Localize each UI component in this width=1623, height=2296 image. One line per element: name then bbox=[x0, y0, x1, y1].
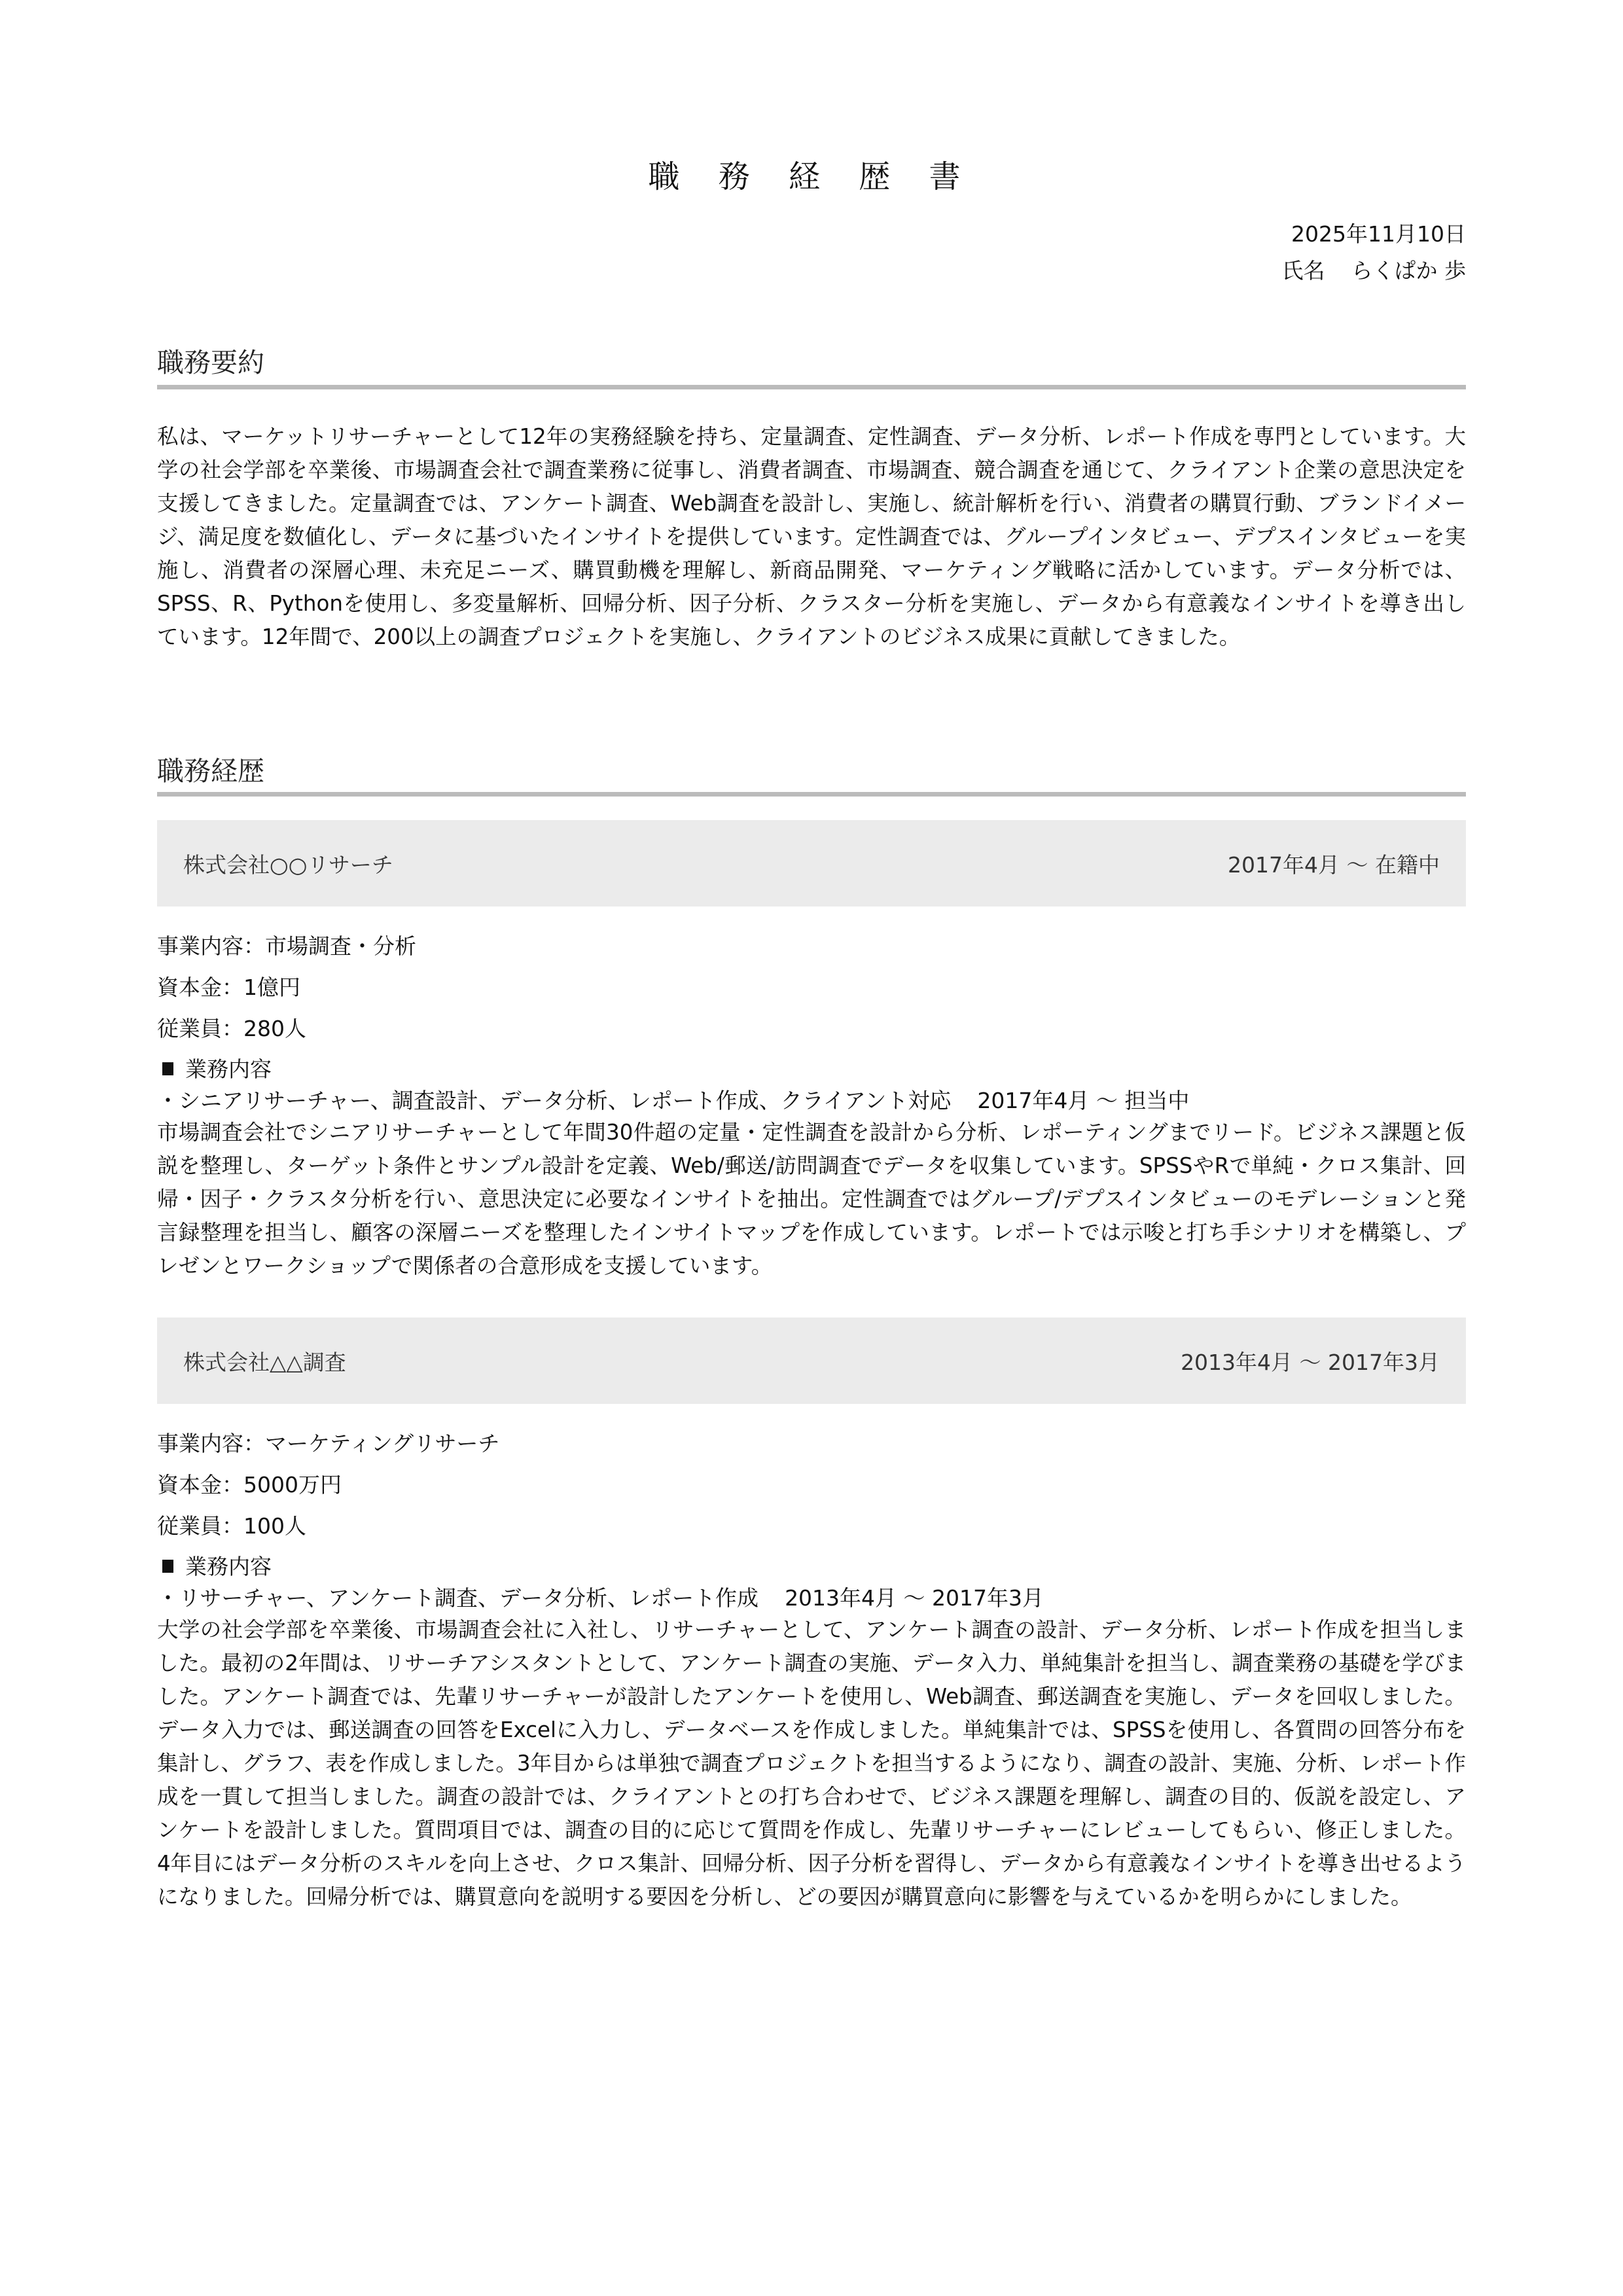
company-period: 2017年4月 〜 在籍中 bbox=[1228, 848, 1440, 879]
duties-label: 業務内容 bbox=[157, 1552, 272, 1581]
company-employees: 従業員：280人 bbox=[157, 1014, 306, 1043]
document-date: 2025年11月10日 bbox=[942, 220, 1466, 249]
company-period: 2013年4月 〜 2017年3月 bbox=[1181, 1346, 1440, 1376]
square-bullet-icon bbox=[162, 1560, 173, 1573]
history-heading: 職務経歴 bbox=[157, 754, 264, 788]
role-line: ・シニアリサーチャー、調査設計、データ分析、レポート作成、クライアント対応201… bbox=[157, 1086, 1189, 1115]
name-label: 氏名 bbox=[1282, 258, 1325, 283]
company-capital: 資本金：1億円 bbox=[157, 973, 300, 1002]
duties-label-text: 業務内容 bbox=[185, 1554, 272, 1579]
duties-label-text: 業務内容 bbox=[185, 1056, 272, 1082]
square-bullet-icon bbox=[162, 1062, 173, 1075]
company-capital: 資本金：5000万円 bbox=[157, 1471, 342, 1499]
summary-heading: 職務要約 bbox=[157, 346, 264, 380]
role-description: 大学の社会学部を卒業後、市場調査会社に入社し、リサーチャーとして、アンケート調査… bbox=[157, 1613, 1466, 1914]
history-rule bbox=[157, 792, 1466, 797]
role-line: ・リサーチャー、アンケート調査、データ分析、レポート作成2013年4月 〜 20… bbox=[157, 1584, 1044, 1613]
role-description: 市場調査会社でシニアリサーチャーとして年間30件超の定量・定性調査を設計から分析… bbox=[157, 1116, 1466, 1283]
duties-label: 業務内容 bbox=[157, 1055, 272, 1084]
company-header: 株式会社○○リサーチ 2017年4月 〜 在籍中 bbox=[157, 820, 1466, 906]
role-period: 2013年4月 〜 2017年3月 bbox=[785, 1585, 1044, 1611]
company-name: 株式会社△△調査 bbox=[183, 1346, 346, 1376]
company-employees: 従業員：100人 bbox=[157, 1512, 306, 1541]
role-title: ・リサーチャー、アンケート調査、データ分析、レポート作成 bbox=[157, 1585, 758, 1611]
summary-rule bbox=[157, 385, 1466, 389]
company-business: 事業内容：市場調査・分析 bbox=[157, 932, 416, 961]
applicant-name: 氏名らくぱか 歩 bbox=[942, 257, 1466, 285]
role-title: ・シニアリサーチャー、調査設計、データ分析、レポート作成、クライアント対応 bbox=[157, 1088, 951, 1113]
name-value: らくぱか 歩 bbox=[1351, 258, 1467, 283]
summary-text: 私は、マーケットリサーチャーとして12年の実務経験を持ち、定量調査、定性調査、デ… bbox=[157, 420, 1466, 654]
company-business: 事業内容：マーケティングリサーチ bbox=[157, 1429, 499, 1458]
company-header: 株式会社△△調査 2013年4月 〜 2017年3月 bbox=[157, 1318, 1466, 1404]
role-period: 2017年4月 〜 担当中 bbox=[977, 1088, 1189, 1113]
company-name: 株式会社○○リサーチ bbox=[183, 848, 393, 879]
document-title: 職 務 経 歴 書 bbox=[157, 157, 1466, 196]
